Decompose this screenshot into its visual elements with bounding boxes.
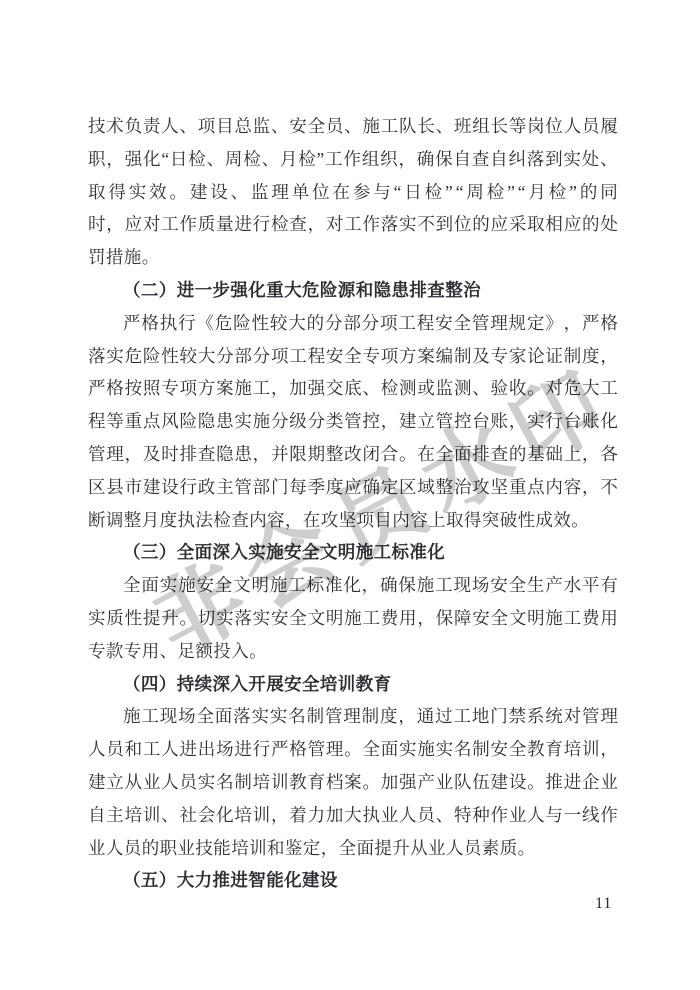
text-line: 施工现场全面落实实名制管理制度，通过工地门禁系统对管理 xyxy=(88,700,618,733)
text-line: 严格按照专项方案施工，加强交底、检测或监测、验收。对危大工 xyxy=(88,372,618,405)
text-line: 职，强化“日检、周检、月检”工作组织，确保自查自纠落到实处、 xyxy=(88,143,618,176)
document-text-block: 技术负责人、项目总监、安全员、施工队长、班组长等岗位人员履职，强化“日检、周检、… xyxy=(88,110,618,897)
section-heading: （二）进一步强化重大危险源和隐患排查整治 xyxy=(88,274,618,307)
text-line: 严格执行《危险性较大的分部分项工程安全管理规定》，严格 xyxy=(88,307,618,340)
text-line: 业人员的职业技能培训和鉴定，全面提升从业人员素质。 xyxy=(88,832,618,865)
section-heading: （五）大力推进智能化建设 xyxy=(88,864,618,897)
text-line: 取得实效。建设、监理单位在参与“日检”“周检”“月检”的同 xyxy=(88,176,618,209)
text-line: 程等重点风险隐患实施分级分类管控，建立管控台账，实行台账化 xyxy=(88,405,618,438)
text-line: 区县市建设行政主管部门每季度应确定区域整治攻坚重点内容，不 xyxy=(88,471,618,504)
text-line: 专款专用、足额投入。 xyxy=(88,635,618,668)
section-heading: （三）全面深入实施安全文明施工标准化 xyxy=(88,536,618,569)
text-line: 全面实施安全文明施工标准化，确保施工现场安全生产水平有 xyxy=(88,569,618,602)
text-line: 时，应对工作质量进行检查，对工作落实不到位的应采取相应的处 xyxy=(88,208,618,241)
text-line: 罚措施。 xyxy=(88,241,618,274)
text-line: 断调整月度执法检查内容，在攻坚项目内容上取得突破性成效。 xyxy=(88,504,618,537)
text-line: 建立从业人员实名制培训教育档案。加强产业队伍建设。推进企业 xyxy=(88,766,618,799)
text-line: 技术负责人、项目总监、安全员、施工队长、班组长等岗位人员履 xyxy=(88,110,618,143)
document-page: 非会员水印 技术负责人、项目总监、安全员、施工队长、班组长等岗位人员履职，强化“… xyxy=(0,0,700,990)
section-heading: （四）持续深入开展安全培训教育 xyxy=(88,668,618,701)
text-line: 管理，及时排查隐患，并限期整改闭合。在全面排查的基础上，各 xyxy=(88,438,618,471)
page-number: 11 xyxy=(595,895,612,913)
text-line: 人员和工人进出场进行严格管理。全面实施实名制安全教育培训， xyxy=(88,733,618,766)
text-line: 落实危险性较大分部分项工程安全专项方案编制及专家论证制度， xyxy=(88,340,618,373)
text-line: 自主培训、社会化培训，着力加大执业人员、特种作业人与一线作 xyxy=(88,799,618,832)
text-line: 实质性提升。切实落实安全文明施工费用，保障安全文明施工费用 xyxy=(88,602,618,635)
